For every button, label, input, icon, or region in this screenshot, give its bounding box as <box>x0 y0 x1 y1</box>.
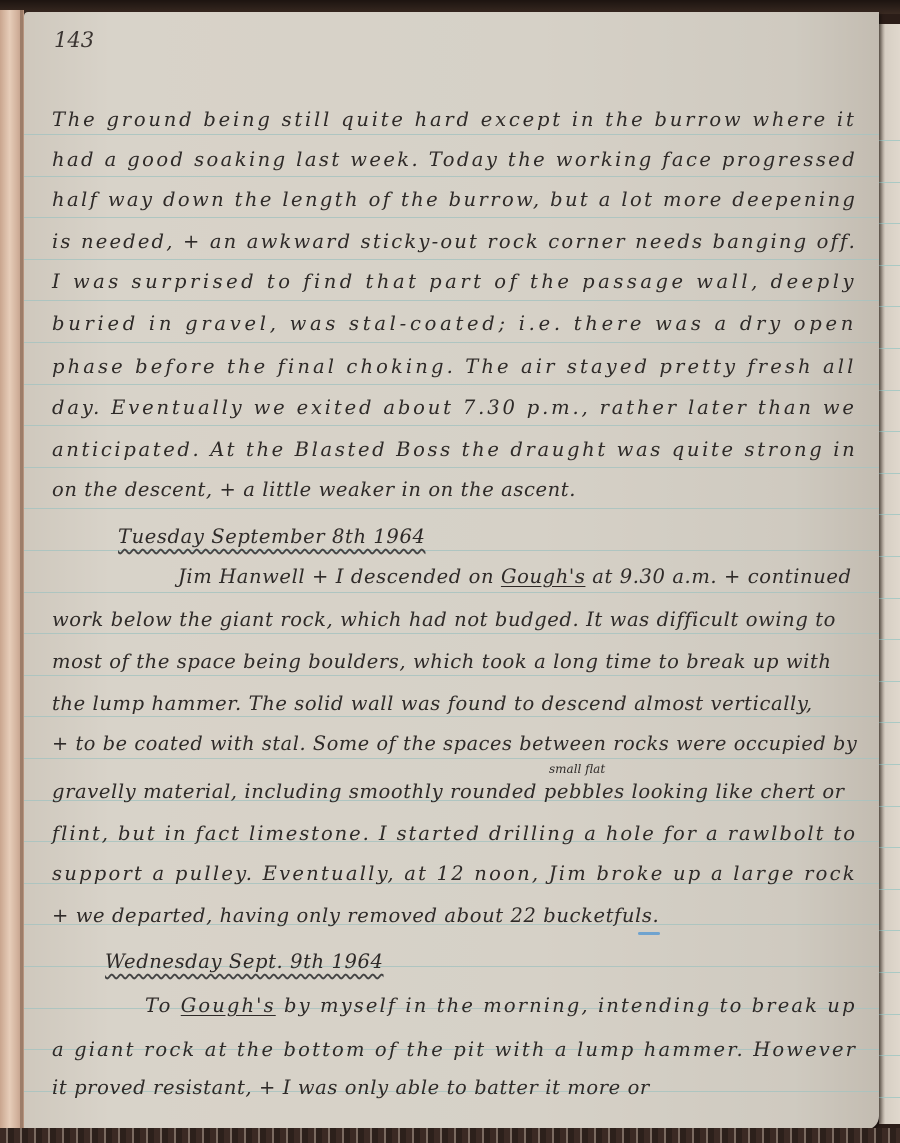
ruled-line <box>24 675 879 676</box>
ruled-line <box>24 342 879 343</box>
notebook-page: 143 The ground being still quite hard ex… <box>24 12 879 1130</box>
handwritten-line: half way down the length of the burrow, … <box>52 188 857 211</box>
handwritten-line: To Gough's by myself in the morning, int… <box>145 994 857 1017</box>
handwritten-line: most of the space being boulders, which … <box>52 650 832 673</box>
handwritten-line: I was surprised to find that part of the… <box>52 270 857 293</box>
handwritten-line: + to be coated with stal. Some of the sp… <box>52 732 857 755</box>
handwritten-line: is needed, + an awkward sticky-out rock … <box>52 230 857 253</box>
ruled-line <box>24 217 879 218</box>
book-bottom-edge <box>0 1128 900 1143</box>
ruled-line <box>24 300 879 301</box>
handwritten-line: The ground being still quite hard except… <box>52 108 857 131</box>
handwritten-line: work below the giant rock, which had not… <box>52 608 836 631</box>
ruled-line <box>24 550 879 551</box>
handwritten-line: day. Eventually we exited about 7.30 p.m… <box>52 396 857 419</box>
ruled-line <box>24 633 879 634</box>
handwritten-line: buried in gravel, was stal-coated; i.e. … <box>52 312 857 335</box>
handwritten-line: flint, but in fact limestone. I started … <box>52 822 857 845</box>
handwritten-line: + we departed, having only removed about… <box>52 904 659 927</box>
handwritten-line: a giant rock at the bottom of the pit wi… <box>52 1038 857 1061</box>
ruled-line <box>24 716 879 717</box>
ruled-line <box>24 508 879 509</box>
entry-date-heading: Wednesday Sept. 9th 1964 <box>105 950 384 973</box>
caret-insertion: small flat <box>549 762 605 776</box>
handwritten-line: phase before the final choking. The air … <box>52 355 857 378</box>
handwritten-line: had a good soaking last week. Today the … <box>52 148 857 171</box>
handwritten-line: on the descent, + a little weaker in on … <box>52 478 576 501</box>
next-page-edge <box>879 24 900 1124</box>
underlined-cave-name: Gough's <box>501 565 586 588</box>
blue-ink-mark <box>638 932 660 935</box>
handwritten-line: Jim Hanwell + I descended on Gough's at … <box>178 565 852 588</box>
handwritten-line: anticipated. At the Blasted Boss the dra… <box>52 438 857 461</box>
handwritten-line: gravelly material, including smoothly ro… <box>52 780 845 803</box>
underlined-cave-name: Gough's <box>181 994 276 1017</box>
handwritten-line: the lump hammer. The solid wall was foun… <box>52 692 813 715</box>
entry-date-heading: Tuesday September 8th 1964 <box>118 525 425 548</box>
handwritten-line: support a pulley. Eventually, at 12 noon… <box>52 862 857 885</box>
binding-crease <box>20 10 23 1135</box>
ruled-line <box>24 384 879 385</box>
ruled-line <box>24 259 879 260</box>
ruled-line <box>24 592 879 593</box>
ruled-line <box>24 467 879 468</box>
ruled-line <box>24 425 879 426</box>
ruled-line <box>24 134 879 135</box>
ruled-line <box>24 176 879 177</box>
handwritten-line: it proved resistant, + I was only able t… <box>52 1076 650 1099</box>
ruled-line <box>24 758 879 759</box>
page-number: 143 <box>54 28 94 52</box>
